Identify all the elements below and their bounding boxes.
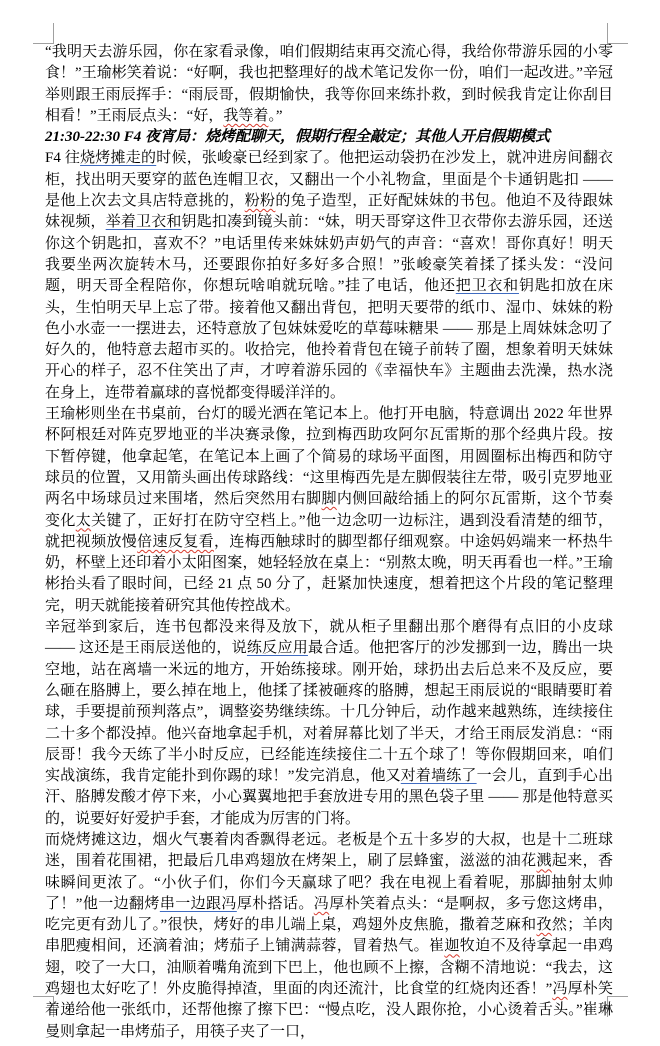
spellcheck-wavy-underline: 我等着 xyxy=(223,108,268,124)
paragraph: 辛冠举到家后，连书包都没来得及放下，就从柜子里翻出那个磨得有点旧的小皮球 —— … xyxy=(45,617,613,830)
spellcheck-wavy-underline: 倍速反复看 xyxy=(137,534,214,550)
spellcheck-wavy-underline: 冯 xyxy=(314,896,329,912)
text-run: 最合适。他把客厅的沙发挪到一边，腾出一块空地，站在离墙一米远的地方，开始练接球。… xyxy=(45,640,613,784)
spellcheck-wavy-underline: 太 xyxy=(76,513,91,529)
spellcheck-wavy-underline: 粉粉 xyxy=(245,193,276,209)
document-body: “我明天去游乐园，你在家看录像，咱们假期结束再交流心得，我给你带游乐园的小零食！… xyxy=(45,42,613,1043)
grammar-blue-underline: 练反应用 xyxy=(247,640,308,656)
grammar-blue-underline: 对着墙练了 xyxy=(401,768,477,784)
grammar-blue-underline: 串一边跟冯 xyxy=(160,896,237,912)
page-margin-mark-top-right xyxy=(607,23,628,44)
section-heading: 21:30-22:30 F4 夜宵局：烧烤配聊天，假期行程全敲定；其他人开启假期… xyxy=(45,127,613,148)
text-run: 钥匙扣放在床头，生怕明天早上忘了带。接着他又翻出背包，把明天要带的纸巾、湿巾、妹… xyxy=(45,278,613,400)
text-run: 厚朴搭话。 xyxy=(237,896,314,912)
text-run: F4 往 xyxy=(45,150,80,166)
paragraph: “我明天去游乐园，你在家看录像，咱们假期结束再交流心得，我给你带游乐园的小零食！… xyxy=(45,42,613,127)
text-run: 而烧烤摊这边，烟火气裹着肉香飘得老远。老板是个五十多岁的大叔，也是十二班球迷，围… xyxy=(45,832,613,869)
paragraph: 而烧烤摊这边，烟火气裹着肉香飘得老远。老板是个五十多岁的大叔，也是十二班球迷，围… xyxy=(45,830,613,1043)
spellcheck-wavy-underline: 溅 xyxy=(537,853,552,869)
grammar-blue-underline: 举着卫衣和 xyxy=(106,214,182,230)
grammar-blue-underline: 烧烤摊走的 xyxy=(80,150,156,166)
grammar-blue-underline: 把卫衣和 xyxy=(456,278,519,294)
paragraph: 王瑜彬则坐在书桌前，台灯的暖光洒在笔记本上。他打开电脑，特意调出 2022 年世… xyxy=(45,404,613,617)
spellcheck-wavy-underline: 孜 xyxy=(536,917,551,933)
spellcheck-wavy-underline: 脚 xyxy=(321,491,336,507)
document-page: “我明天去游乐园，你在家看录像，咱们假期结束再交流心得，我给你带游乐园的小零食！… xyxy=(0,0,660,1046)
text-run: 21:30-22:30 F4 夜宵局：烧烤配聊天，假期行程全敲定；其他人开启假期… xyxy=(45,129,550,145)
text-run: “我明天去游乐园，你在家看录像，咱们假期结束再交流心得，我给你带游乐园的小零食！… xyxy=(45,44,613,124)
paragraph: F4 往烧烤摊走的时候，张峻豪已经到家了。他把运动袋扔在沙发上，就冲进房间翻衣柜… xyxy=(45,148,613,404)
page-margin-mark-top-left xyxy=(33,23,54,44)
spellcheck-wavy-underline: 迦 xyxy=(444,938,459,954)
text-run: 。” xyxy=(268,108,282,124)
spellcheck-wavy-underline: 冯 xyxy=(552,981,567,997)
